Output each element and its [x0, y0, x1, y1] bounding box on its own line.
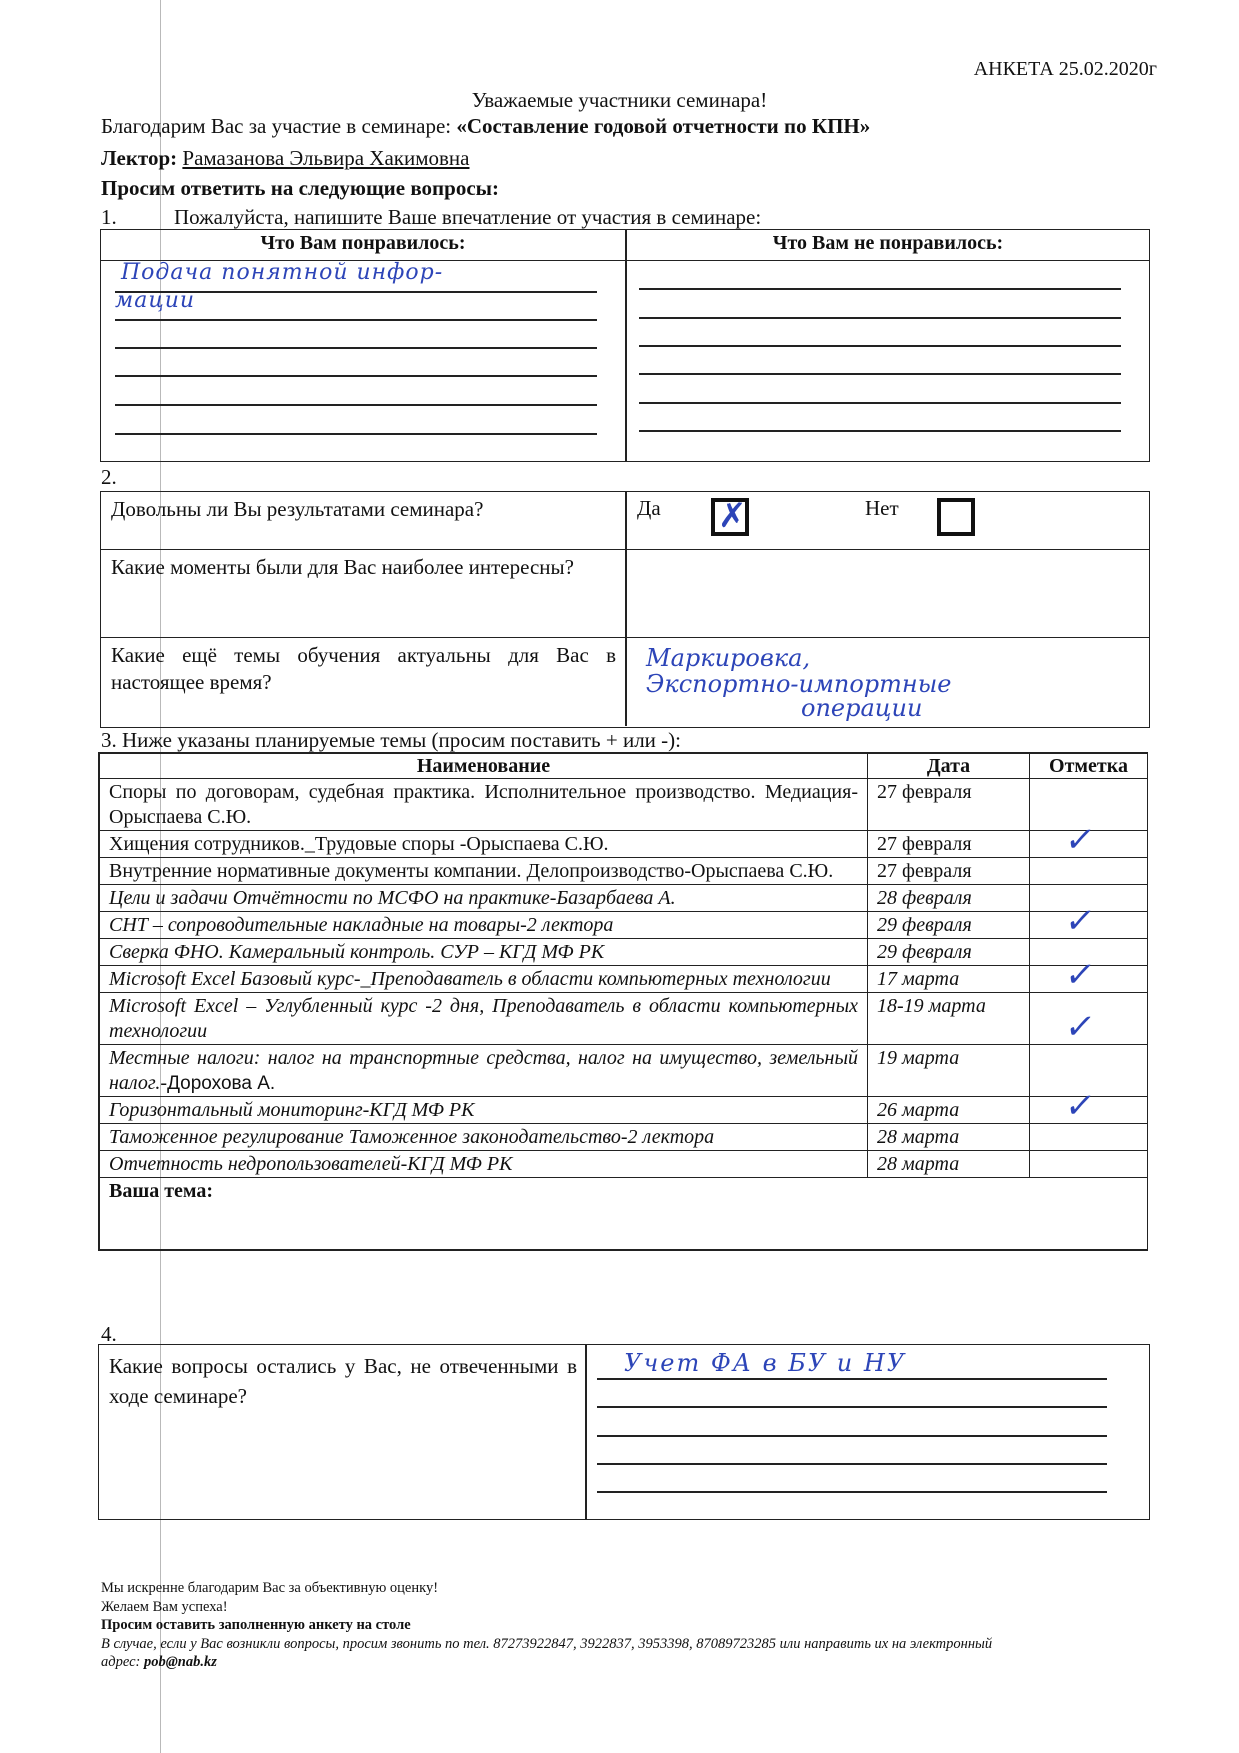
- topic-name-text: Microsoft Excel Базовый курс-_Преподават…: [109, 968, 831, 990]
- topic-mark-cell[interactable]: ✓: [1030, 831, 1148, 858]
- col-name: Наименование: [100, 754, 868, 779]
- liked-line[interactable]: [115, 319, 597, 321]
- section1-number: 1.: [101, 205, 174, 230]
- topic-name: Местные налоги: налог на транспортные ср…: [100, 1045, 868, 1097]
- greeting: Уважаемые участники семинара!: [0, 88, 1239, 113]
- col-date: Дата: [868, 754, 1030, 779]
- topic-name-text: Цели и задачи Отчётности по МСФО на прак…: [109, 887, 676, 909]
- liked-line[interactable]: [115, 404, 597, 406]
- no-checkbox[interactable]: [937, 498, 975, 536]
- topic-name: Microsoft Excel – Углубленный курс -2 дн…: [100, 993, 868, 1045]
- topic-date: 28 февраля: [868, 885, 1030, 912]
- topic-mark-cell[interactable]: [1030, 1151, 1148, 1178]
- disliked-line[interactable]: [639, 288, 1121, 290]
- topic-name: Внутренние нормативные документы компани…: [100, 858, 868, 885]
- topic-row: СНТ – сопроводительные накладные на това…: [100, 912, 1148, 939]
- topic-name-text: Отчетность недропользователей-КГД МФ РК: [109, 1153, 512, 1175]
- form-id: АНКЕТА 25.02.2020г: [974, 58, 1157, 81]
- checkmark-icon: ✓: [1063, 1010, 1097, 1044]
- disliked-line[interactable]: [639, 430, 1121, 432]
- topic-row: Местные налоги: налог на транспортные ср…: [100, 1045, 1148, 1097]
- topic-row: Споры по договорам, судебная практика. И…: [100, 779, 1148, 831]
- your-topic-label: Ваша тема:: [109, 1180, 213, 1202]
- topic-date: 18-19 марта: [868, 993, 1030, 1045]
- topic-name: Сверка ФНО. Камеральный контроль. СУР – …: [100, 939, 868, 966]
- topic-name: СНТ – сопроводительные накладные на това…: [100, 912, 868, 939]
- open-questions-table: Какие вопросы остались у Вас, не отвечен…: [98, 1344, 1150, 1520]
- lector-label: Лектор:: [101, 146, 177, 170]
- topic-name-text: Споры по договорам, судебная практика. И…: [109, 781, 858, 828]
- section1-prompt: 1.Пожалуйста, напишите Ваше впечатление …: [101, 205, 761, 230]
- disliked-header: Что Вам не понравилось:: [627, 232, 1149, 255]
- ask-heading: Просим ответить на следующие вопросы:: [101, 176, 499, 201]
- column-divider: [625, 550, 627, 637]
- topic-date: 29 февраля: [868, 939, 1030, 966]
- topic-name: Microsoft Excel Базовый курс-_Преподават…: [100, 966, 868, 993]
- checkmark-icon: ✓: [1063, 904, 1097, 938]
- lector-line: Лектор: Рамазанова Эльвира Хакимовна: [101, 146, 469, 171]
- topic-name-text: Microsoft Excel – Углубленный курс -2 дн…: [109, 995, 858, 1042]
- topic-row: Горизонтальный мониторинг-КГД МФ РК26 ма…: [100, 1097, 1148, 1124]
- column-divider: [625, 638, 627, 726]
- topic-mark-cell[interactable]: ✓: [1030, 912, 1148, 939]
- a-topics-line1[interactable]: Маркировка,: [646, 646, 810, 670]
- topic-mark-cell[interactable]: [1030, 1124, 1148, 1151]
- no-label: Нет: [865, 496, 899, 521]
- column-divider: [585, 1345, 587, 1519]
- topic-name: Споры по договорам, судебная практика. И…: [100, 779, 868, 831]
- cross-mark-icon: ✗: [718, 496, 747, 536]
- column-divider: [625, 492, 627, 549]
- footer-email-line: адрес: pob@nab.kz: [101, 1653, 992, 1672]
- topics-header-row: Наименование Дата Отметка: [100, 754, 1148, 779]
- topic-date: 29 февраля: [868, 912, 1030, 939]
- topic-name: Таможенное регулирование Таможенное зако…: [100, 1124, 868, 1151]
- checkmark-icon: ✓: [1063, 1089, 1097, 1123]
- checkmark-icon: ✓: [1063, 958, 1097, 992]
- answer-line[interactable]: [597, 1463, 1107, 1465]
- liked-line[interactable]: [115, 291, 597, 293]
- topic-date: 27 февраля: [868, 858, 1030, 885]
- topic-name-text: Сверка ФНО. Камеральный контроль. СУР – …: [109, 941, 604, 963]
- section2-number: 2.: [101, 465, 117, 490]
- section3-prompt: 3. Ниже указаны планируемые темы (просим…: [101, 728, 681, 753]
- topic-name: Отчетность недропользователей-КГД МФ РК: [100, 1151, 868, 1178]
- topic-name-text: Внутренние нормативные документы компани…: [109, 860, 833, 882]
- a-topics-line3[interactable]: операции: [801, 696, 922, 720]
- topic-row: Таможенное регулирование Таможенное зако…: [100, 1124, 1148, 1151]
- topic-name-text: СНТ – сопроводительные накладные на това…: [109, 914, 613, 936]
- topic-name-text: Таможенное регулирование Таможенное зако…: [109, 1126, 714, 1148]
- yes-checkbox[interactable]: ✗: [711, 498, 749, 536]
- your-topic-cell[interactable]: Ваша тема:: [100, 1178, 1148, 1250]
- q-open-questions: Какие вопросы остались у Вас, не отвечен…: [109, 1351, 577, 1411]
- topic-name-text: Хищения сотрудников._Трудовые споры -Оры…: [109, 833, 609, 855]
- topic-mark-cell[interactable]: ✓: [1030, 966, 1148, 993]
- thanks-line: Благодарим Вас за участие в семинаре: «С…: [101, 114, 870, 139]
- topic-mark-cell[interactable]: [1030, 858, 1148, 885]
- liked-answer-line1[interactable]: Подача понятной инфор-: [121, 260, 443, 285]
- topic-row: Отчетность недропользователей-КГД МФ РК2…: [100, 1151, 1148, 1178]
- column-divider: [625, 230, 627, 461]
- open-questions-answer[interactable]: Учет ФА в БУ и НУ: [624, 1349, 906, 1377]
- topic-date: 26 марта: [868, 1097, 1030, 1124]
- interesting-row: Какие моменты были для Вас наиболее инте…: [101, 550, 1149, 638]
- yes-label: Да: [637, 496, 661, 521]
- topic-lector: Дорохова А.: [167, 1073, 275, 1094]
- impressions-table: Что Вам понравилось: Что Вам не понравил…: [100, 229, 1150, 462]
- topic-name: Горизонтальный мониторинг-КГД МФ РК: [100, 1097, 868, 1124]
- footer-email[interactable]: pob@nab.kz: [144, 1654, 217, 1670]
- thanks-prefix: Благодарим Вас за участие в семинаре:: [101, 114, 456, 138]
- liked-line[interactable]: [115, 347, 597, 349]
- topic-date: 27 февраля: [868, 831, 1030, 858]
- footer-thanks: Мы искренне благодарим Вас за объективну…: [101, 1579, 992, 1598]
- topic-date: 19 марта: [868, 1045, 1030, 1097]
- section1-prompt-text: Пожалуйста, напишите Ваше впечатление от…: [174, 205, 761, 229]
- topic-date: 28 марта: [868, 1124, 1030, 1151]
- footer-contacts: В случае, если у Вас возникли вопросы, п…: [101, 1635, 992, 1654]
- liked-line[interactable]: [115, 433, 597, 435]
- topic-date: 17 марта: [868, 966, 1030, 993]
- q-interesting: Какие моменты были для Вас наиболее инте…: [111, 554, 616, 581]
- footer-leave-form: Просим оставить заполненную анкету на ст…: [101, 1616, 992, 1635]
- answer-line[interactable]: [597, 1406, 1107, 1408]
- q-topics: Какие ещё темы обучения актуальны для Ва…: [111, 642, 616, 696]
- footer-email-prefix: адрес:: [101, 1654, 144, 1670]
- liked-header: Что Вам понравилось:: [101, 232, 625, 255]
- topic-row: Цели и задачи Отчётности по МСФО на прак…: [100, 885, 1148, 912]
- topics-table: Наименование Дата Отметка Споры по догов…: [98, 752, 1148, 1251]
- topic-date: 27 февраля: [868, 779, 1030, 831]
- topic-row: Microsoft Excel Базовый курс-_Преподават…: [100, 966, 1148, 993]
- topic-mark-cell[interactable]: ✓: [1030, 1097, 1148, 1124]
- answer-line[interactable]: [597, 1435, 1107, 1437]
- satisfaction-row: Довольны ли Вы результатами семинара? Да…: [101, 492, 1149, 550]
- checkmark-icon: ✓: [1063, 823, 1097, 857]
- topic-date: 28 марта: [868, 1151, 1030, 1178]
- topics-row: Какие ещё темы обучения актуальны для Ва…: [101, 638, 1149, 726]
- topic-row: Microsoft Excel – Углубленный курс -2 дн…: [100, 993, 1148, 1045]
- topic-name: Хищения сотрудников._Трудовые споры -Оры…: [100, 831, 868, 858]
- footer-wish: Желаем Вам успеха!: [101, 1598, 992, 1617]
- disliked-line[interactable]: [639, 317, 1121, 319]
- topic-name-text: Горизонтальный мониторинг-КГД МФ РК: [109, 1099, 474, 1121]
- topic-name: Цели и задачи Отчётности по МСФО на прак…: [100, 885, 868, 912]
- topic-row: Внутренние нормативные документы компани…: [100, 858, 1148, 885]
- seminar-title: «Составление годовой отчетности по КПН»: [456, 114, 870, 138]
- topic-mark-cell[interactable]: ✓: [1030, 993, 1148, 1045]
- q-satisfied: Довольны ли Вы результатами семинара?: [111, 496, 616, 523]
- answer-line[interactable]: [597, 1491, 1107, 1493]
- disliked-line[interactable]: [639, 345, 1121, 347]
- disliked-line[interactable]: [639, 373, 1121, 375]
- answer-line[interactable]: [597, 1378, 1107, 1380]
- your-topic-row: Ваша тема:: [100, 1178, 1148, 1250]
- lector-name: Рамазанова Эльвира Хакимовна: [182, 146, 469, 170]
- col-mark: Отметка: [1030, 754, 1148, 779]
- footer: Мы искренне благодарим Вас за объективну…: [101, 1579, 992, 1672]
- disliked-line[interactable]: [639, 402, 1121, 404]
- topic-row: Хищения сотрудников._Трудовые споры -Оры…: [100, 831, 1148, 858]
- a-topics-line2[interactable]: Экспортно-импортные: [646, 672, 951, 696]
- liked-line[interactable]: [115, 375, 597, 377]
- topic-row: Сверка ФНО. Камеральный контроль. СУР – …: [100, 939, 1148, 966]
- satisfaction-table: Довольны ли Вы результатами семинара? Да…: [100, 491, 1150, 728]
